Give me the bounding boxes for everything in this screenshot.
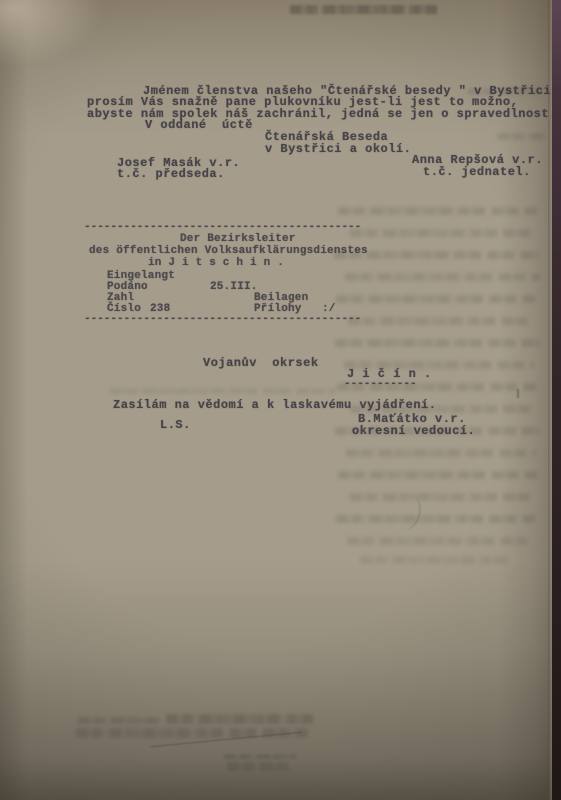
bleed-through-text — [110, 388, 335, 394]
bleed-through-text — [348, 317, 528, 325]
bleed-through-text — [345, 273, 540, 281]
document-photo: Jménem členstva našeho "Čtenářské besedy… — [0, 0, 561, 800]
bleed-through-text — [336, 295, 536, 303]
stamp-office-line-1: Der Bezirksleiter — [180, 233, 296, 245]
organization-line-2: v Bystřici a okolí. — [265, 143, 411, 156]
closing-phrase: V oddané úctě — [145, 119, 253, 132]
bleed-through-text — [224, 754, 296, 759]
bleed-through-text — [227, 762, 289, 771]
bleed-through-text — [335, 427, 540, 435]
bleed-through-text — [360, 556, 510, 564]
bleed-through-text — [350, 493, 530, 501]
bleed-through-text — [344, 361, 534, 369]
bleed-through-text — [497, 133, 545, 140]
photo-background-strip — [552, 0, 561, 800]
district-label: Vojanův okrsek — [203, 357, 319, 370]
paper-sheet: Jménem členstva našeho "Čtenářské besedy… — [0, 0, 561, 800]
bleed-through-text — [290, 5, 438, 14]
bleed-through-text — [78, 717, 160, 724]
bleed-through-text — [336, 515, 536, 523]
bleed-through-text — [335, 339, 540, 347]
stamp-received-date: 25.III. — [210, 281, 258, 293]
signature-left-title: t.č. předseda. — [117, 168, 225, 181]
stamp-office-line-2: des öffentlichen Volksaufklärungsdienste… — [89, 245, 368, 257]
bleed-through-text — [347, 537, 532, 545]
bleed-through-text — [346, 449, 536, 457]
signature-right-title: t.č. jednatel. — [423, 166, 531, 179]
bleed-through-text — [166, 714, 314, 724]
bleed-through-text — [338, 471, 538, 479]
stamp-border-top: ----------------------------------------… — [84, 221, 361, 233]
seal-mark: L.S. — [160, 419, 191, 432]
stamp-border-bottom: ----------------------------------------… — [84, 313, 361, 325]
bleed-through-text — [338, 207, 538, 215]
bleed-through-text — [76, 728, 308, 738]
bleed-through-text — [334, 251, 539, 259]
bleed-through-text — [468, 88, 540, 95]
bleed-through-text — [350, 229, 535, 237]
bleed-through-text — [337, 383, 537, 391]
bleed-through-text — [350, 405, 535, 413]
stamp-office-line-3: in J i t s c h i n . — [148, 257, 284, 269]
